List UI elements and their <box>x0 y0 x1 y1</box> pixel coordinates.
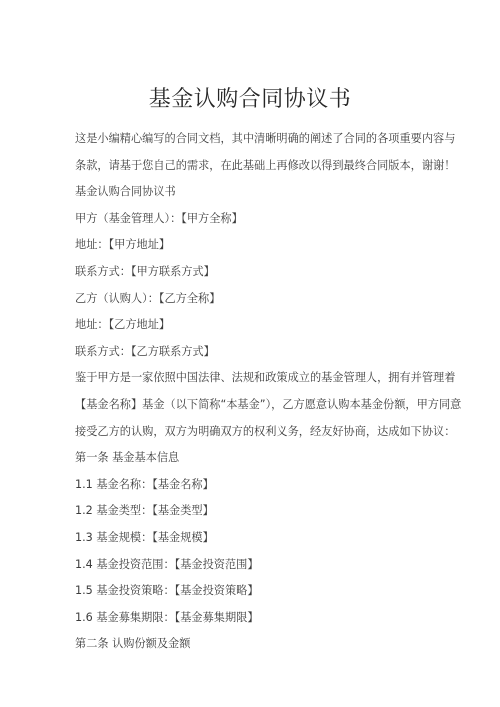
clause-1-4: 1.4 基金投资范围：【基金投资范围】 <box>75 552 430 579</box>
article-2-heading: 第二条 认购份额及金额 <box>75 631 430 658</box>
preamble-line-1: 鉴于甲方是一家依照中国法律、法规和政策成立的基金管理人，拥有并管理着 <box>75 365 428 392</box>
clause-1-1: 1.1 基金名称：【基金名称】 <box>75 472 430 499</box>
document-page: 基金认购合同协议书 这是小编精心编写的合同文档，其中清晰明确的阐述了合同的各项重… <box>0 0 500 707</box>
clause-1-5: 1.5 基金投资策略：【基金投资策略】 <box>75 578 430 605</box>
party-b-contact: 联系方式：【乙方联系方式】 <box>75 339 430 366</box>
intro-line-1: 这是小编精心编写的合同文档，其中清晰明确的阐述了合同的各项重要内容与 <box>75 126 428 153</box>
clause-1-3: 1.3 基金规模：【基金规模】 <box>75 525 430 552</box>
party-a-name: 甲方（基金管理人）：【甲方全称】 <box>75 206 430 233</box>
preamble-line-3: 接受乙方的认购，双方为明确双方的权利义务，经友好协商，达成如下协议： <box>75 419 430 446</box>
article-1-heading: 第一条 基金基本信息 <box>75 445 430 472</box>
party-a-contact: 联系方式：【甲方联系方式】 <box>75 259 430 286</box>
clause-1-6: 1.6 基金募集期限：【基金募集期限】 <box>75 605 430 632</box>
intro-line-2: 条款，请基于您自己的需求，在此基础上再修改以得到最终合同版本，谢谢！ <box>75 153 428 180</box>
subtitle-line: 基金认购合同协议书 <box>75 179 430 206</box>
party-a-address: 地址：【甲方地址】 <box>75 232 430 259</box>
clause-1-2: 1.2 基金类型：【基金类型】 <box>75 498 430 525</box>
preamble-line-2: 【基金名称】基金（以下简称“本基金”），乙方愿意认购本基金份额，甲方同意 <box>75 392 428 419</box>
document-title: 基金认购合同协议书 <box>0 82 500 113</box>
party-b-address: 地址：【乙方地址】 <box>75 312 430 339</box>
document-body: 这是小编精心编写的合同文档，其中清晰明确的阐述了合同的各项重要内容与 条款，请基… <box>75 126 430 658</box>
party-b-name: 乙方（认购人）：【乙方全称】 <box>75 286 430 313</box>
